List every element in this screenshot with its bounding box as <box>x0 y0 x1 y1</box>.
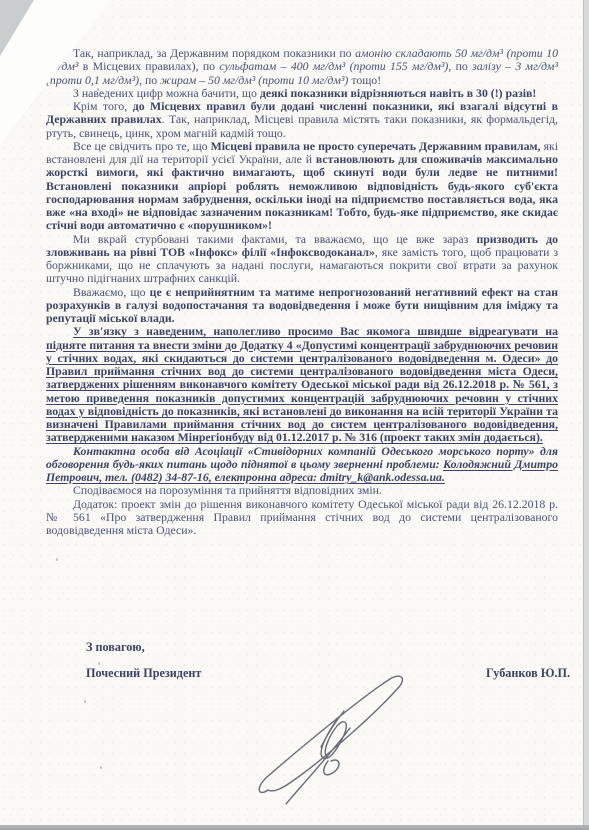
scan-speck <box>98 662 100 665</box>
scan-speck <box>84 700 86 703</box>
paragraph-contradiction: Все це свідчить про те, що Місцеві прави… <box>46 140 558 233</box>
text-run: Крім того, <box>73 99 133 113</box>
text-run: Місцеві правила не просто суперечать Дер… <box>211 139 544 153</box>
signer-name: Губанков Ю.П. <box>486 667 570 680</box>
text-run: тощо! <box>348 73 381 87</box>
signer-title: Почесний Президент <box>86 667 201 680</box>
scan-speck <box>100 766 102 769</box>
text-run: сульфатам – 400 мг/дм³ (проти 155 мг/дм³… <box>219 59 448 73</box>
paragraph-hope: Сподіваємося на порозуміння та прийняття… <box>46 484 558 497</box>
text-run: Додаток: проект змін до рішення виконавч… <box>46 497 558 538</box>
text-run: З наведених цифр можна бачити, що <box>73 86 260 100</box>
text-run: Так, наприклад, за Державним порядком по… <box>73 46 355 60</box>
scan-speck <box>56 558 58 561</box>
text-run: Вважаємо, що <box>73 285 150 299</box>
paragraph-unacceptable: Вважаємо, що це є неприйнятним та матиме… <box>46 286 558 326</box>
paragraph-concern: Ми вкрай стурбовані такими фактами, та в… <box>46 233 558 286</box>
paragraph-added-indicators: Крім того, до Місцевих правил були додан… <box>46 100 558 140</box>
handwritten-signature-ink <box>238 658 410 820</box>
text-run: , по <box>448 59 472 73</box>
paragraph-limits: Так, наприклад, за Державним порядком по… <box>46 47 558 87</box>
paragraph-difference: З наведених цифр можна бачити, що деякі … <box>46 87 558 100</box>
scan-speck <box>97 88 99 91</box>
text-run: жирам – 50 мг/дм³ (проти 10 мг/дм³) <box>160 73 348 87</box>
text-run: У зв'язку з наведеним, наполегливо проси… <box>46 324 558 444</box>
scanner-bed-right-edge <box>583 0 589 830</box>
text-run: Все це свідчить про те, що <box>73 139 211 153</box>
text-run: , по <box>139 73 160 87</box>
text-run: деякі показники відрізняються навіть в 3… <box>260 86 536 100</box>
salutation: З повагою, <box>86 641 558 654</box>
scanner-bed-bottom-edge <box>0 825 589 830</box>
letter-page: Так, наприклад, за Державним порядком по… <box>0 0 589 830</box>
paragraph-request: У зв'язку з наведеним, наполегливо проси… <box>46 325 558 444</box>
scanner-bed-corner <box>0 0 40 60</box>
text-run: Ми вкрай стурбовані такими фактами, та в… <box>73 232 476 246</box>
paragraph-contact-person: Контактна особа від Асоціації «Стивідорн… <box>46 445 558 485</box>
text-run: в Місцевих правилах), по <box>78 59 219 73</box>
paragraph-attachment: Додаток: проект змін до рішення виконавч… <box>46 498 558 538</box>
text-run: Сподіваємося на порозуміння та прийняття… <box>73 483 382 497</box>
letter-body: Так, наприклад, за Державним порядком по… <box>46 47 558 680</box>
